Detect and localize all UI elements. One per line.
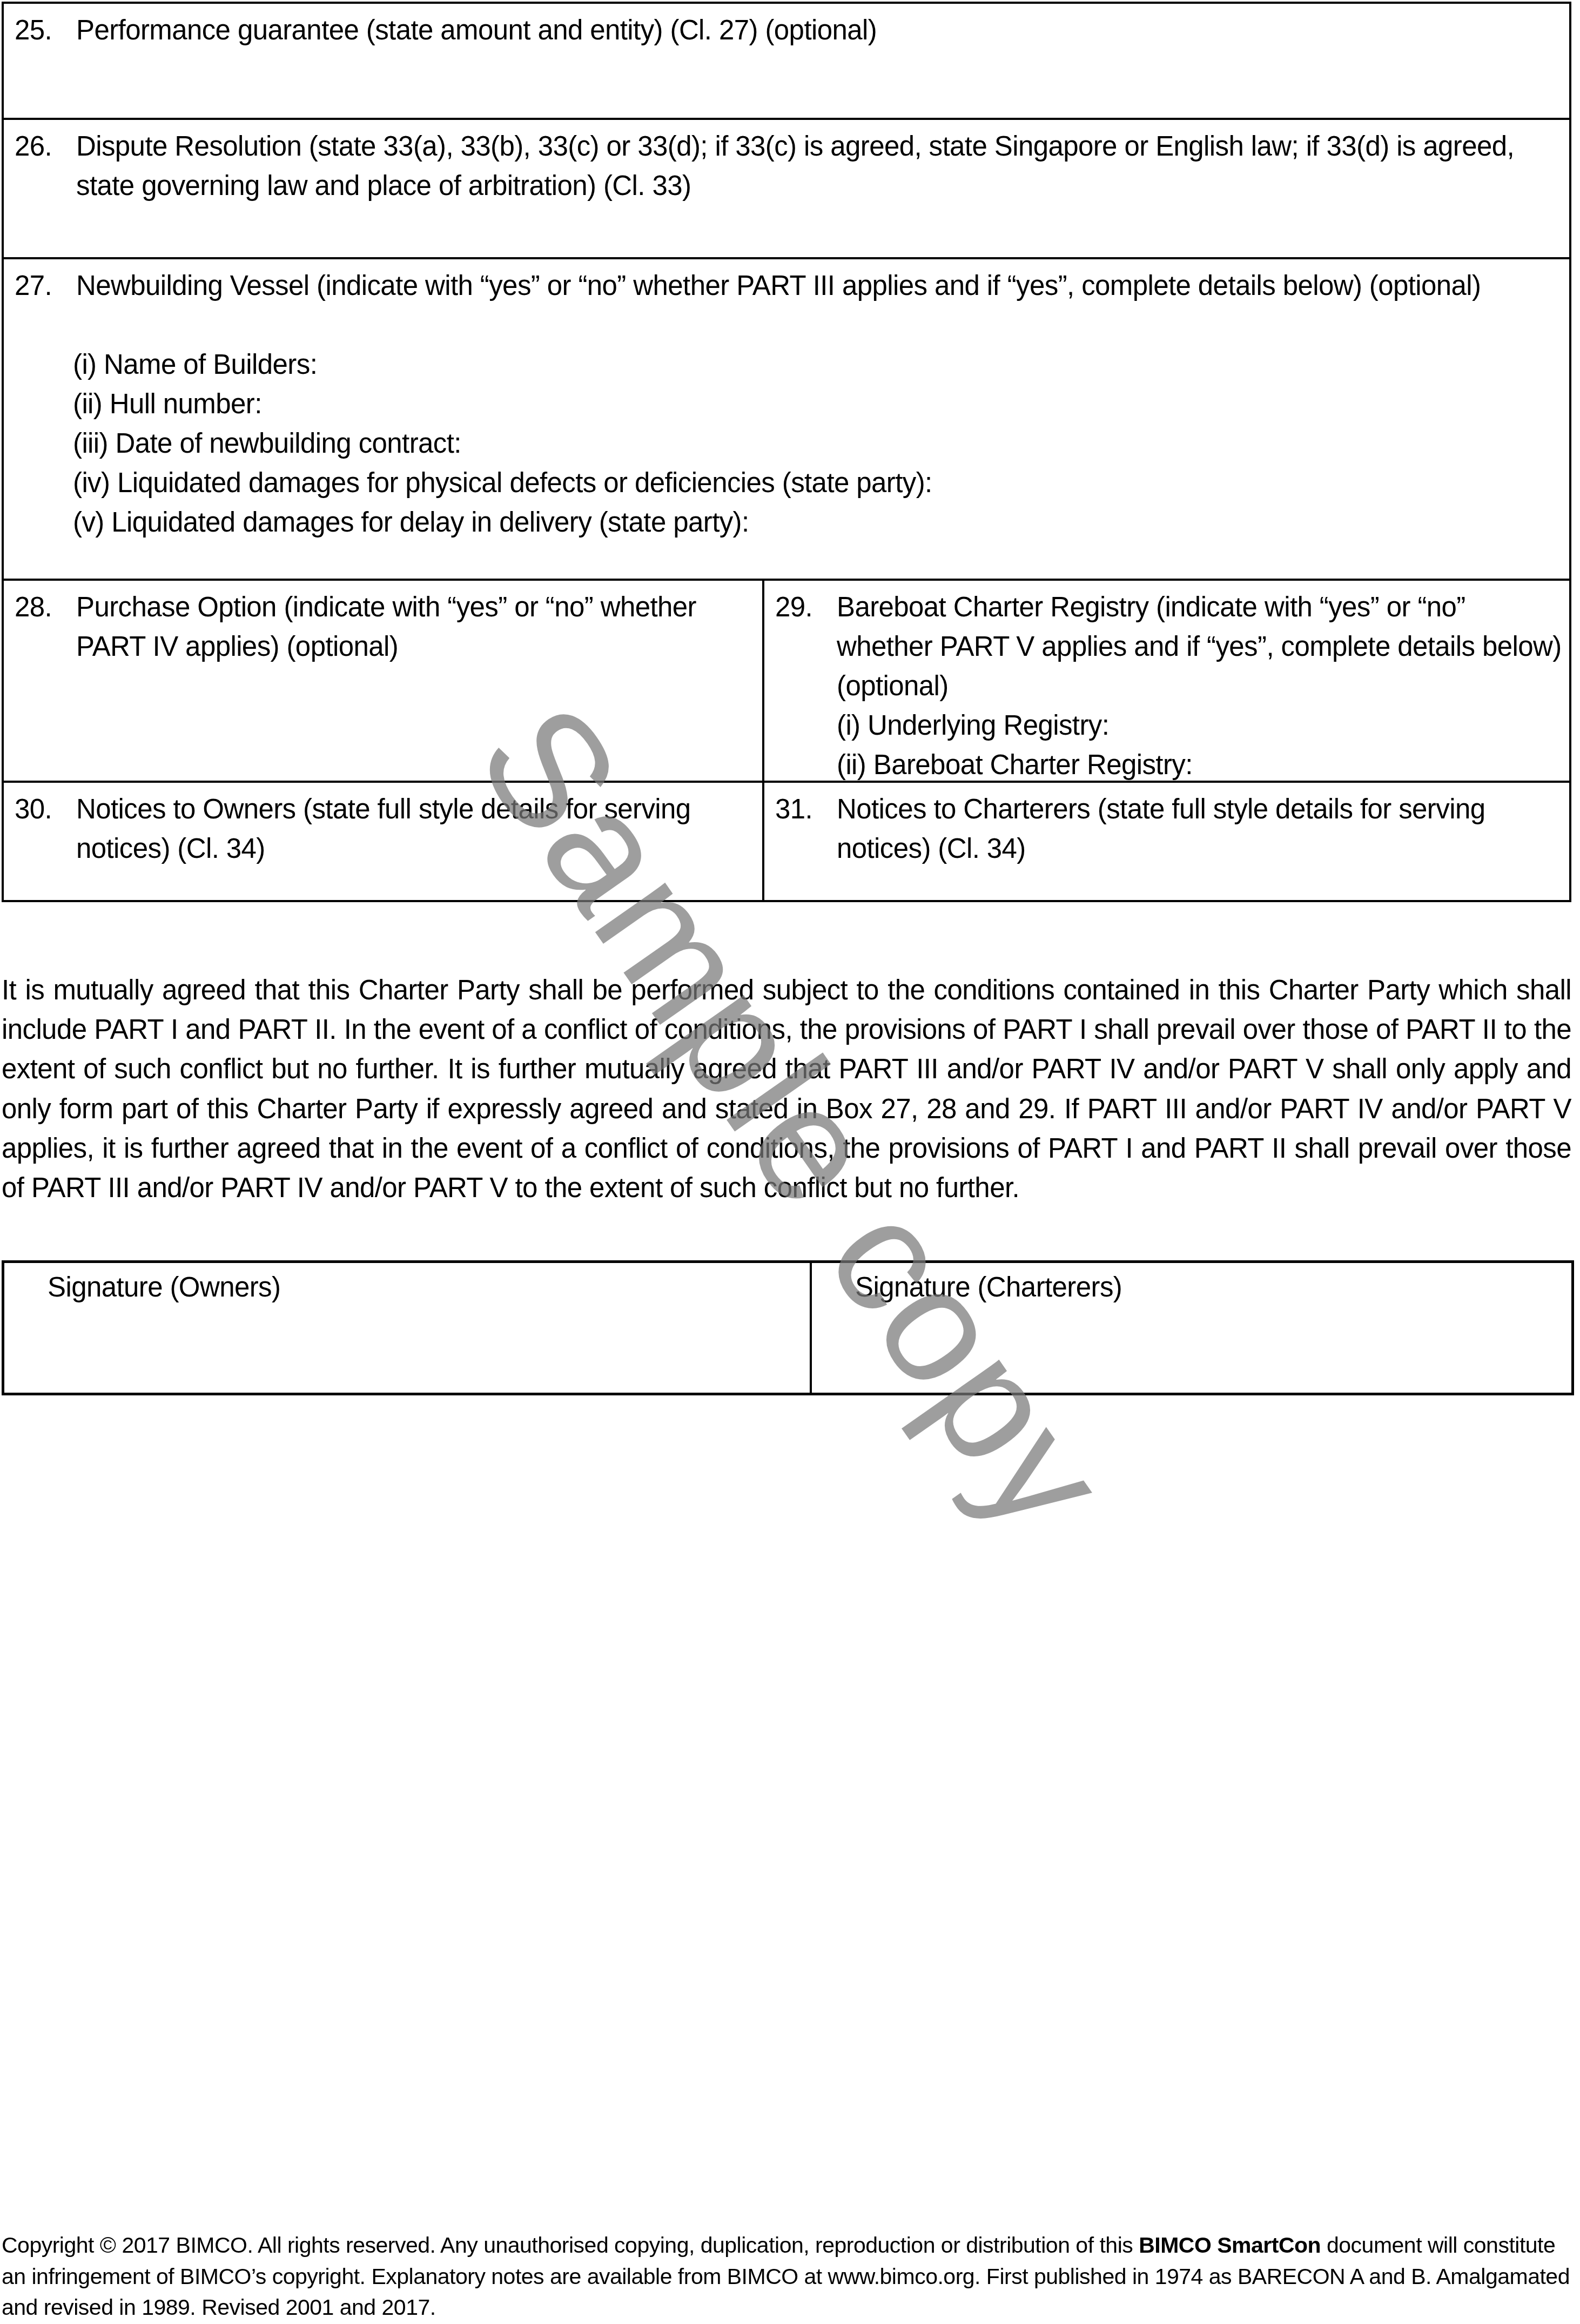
box-27[interactable]: 27. Newbuilding Vessel (indicate with “y… <box>4 259 1569 579</box>
box-row-25: 25. Performance guarantee (state amount … <box>4 4 1569 118</box>
document-page: 25. Performance guarantee (state amount … <box>0 0 1580 2324</box>
box-31[interactable]: 31. Notices to Charterers (state full st… <box>764 783 1569 900</box>
box-26[interactable]: 26. Dispute Resolution (state 33(a), 33(… <box>4 120 1569 257</box>
box-number: 31. <box>775 789 837 868</box>
field-ld-defects: (iv) Liquidated damages for physical def… <box>15 463 1562 502</box>
boxes-table: 25. Performance guarantee (state amount … <box>2 2 1571 902</box>
box-row-28-29: 28. Purchase Option (indicate with “yes”… <box>4 579 1569 781</box>
box-row-30-31: 30. Notices to Owners (state full style … <box>4 781 1569 900</box>
field-hull-number: (ii) Hull number: <box>15 384 1562 424</box>
box-label: Performance guarantee (state amount and … <box>76 10 1562 50</box>
box-row-26: 26. Dispute Resolution (state 33(a), 33(… <box>4 118 1569 257</box>
box-25[interactable]: 25. Performance guarantee (state amount … <box>4 4 1569 118</box>
signature-owners-field[interactable]: Signature (Owners) <box>4 1263 812 1393</box>
box-label: Purchase Option (indicate with “yes” or … <box>76 587 755 666</box>
box-number: 25. <box>15 10 76 50</box>
signature-owners-label: Signature (Owners) <box>48 1272 280 1302</box>
box-28[interactable]: 28. Purchase Option (indicate with “yes”… <box>4 581 764 781</box>
field-contract-date: (iii) Date of newbuilding contract: <box>15 424 1562 463</box>
box-label: Bareboat Charter Registry (indicate with… <box>837 587 1562 706</box>
footer-text-start: Copyright © 2017 BIMCO. All rights reser… <box>2 2233 1139 2258</box>
box-row-27: 27. Newbuilding Vessel (indicate with “y… <box>4 257 1569 579</box>
field-bareboat-registry: (ii) Bareboat Charter Registry: <box>775 745 1562 784</box>
signature-table: Signature (Owners) Signature (Charterers… <box>2 1260 1574 1395</box>
box-number: 30. <box>15 789 76 868</box>
box-number: 26. <box>15 126 76 205</box>
box-number: 28. <box>15 587 76 666</box>
box-29[interactable]: 29. Bareboat Charter Registry (indicate … <box>764 581 1569 781</box>
signature-charterers-label: Signature (Charterers) <box>855 1272 1122 1302</box>
box-30[interactable]: 30. Notices to Owners (state full style … <box>4 783 764 900</box>
footer-brand: BIMCO SmartCon <box>1139 2233 1321 2258</box>
box-label: Notices to Owners (state full style deta… <box>76 789 755 868</box>
box-number: 29. <box>775 587 837 706</box>
box-label: Newbuilding Vessel (indicate with “yes” … <box>76 266 1562 305</box>
field-builders: (i) Name of Builders: <box>15 345 1562 384</box>
field-ld-delay: (v) Liquidated damages for delay in deli… <box>15 502 1562 542</box>
box-label: Notices to Charterers (state full style … <box>837 789 1562 868</box>
field-underlying-registry: (i) Underlying Registry: <box>775 706 1562 745</box>
agreement-paragraph: It is mutually agreed that this Charter … <box>2 970 1571 1207</box>
signature-charterers-field[interactable]: Signature (Charterers) <box>812 1263 1571 1393</box>
copyright-footer: Copyright © 2017 BIMCO. All rights reser… <box>2 2230 1571 2323</box>
box-label: Dispute Resolution (state 33(a), 33(b), … <box>76 126 1562 205</box>
box-number: 27. <box>15 266 76 305</box>
